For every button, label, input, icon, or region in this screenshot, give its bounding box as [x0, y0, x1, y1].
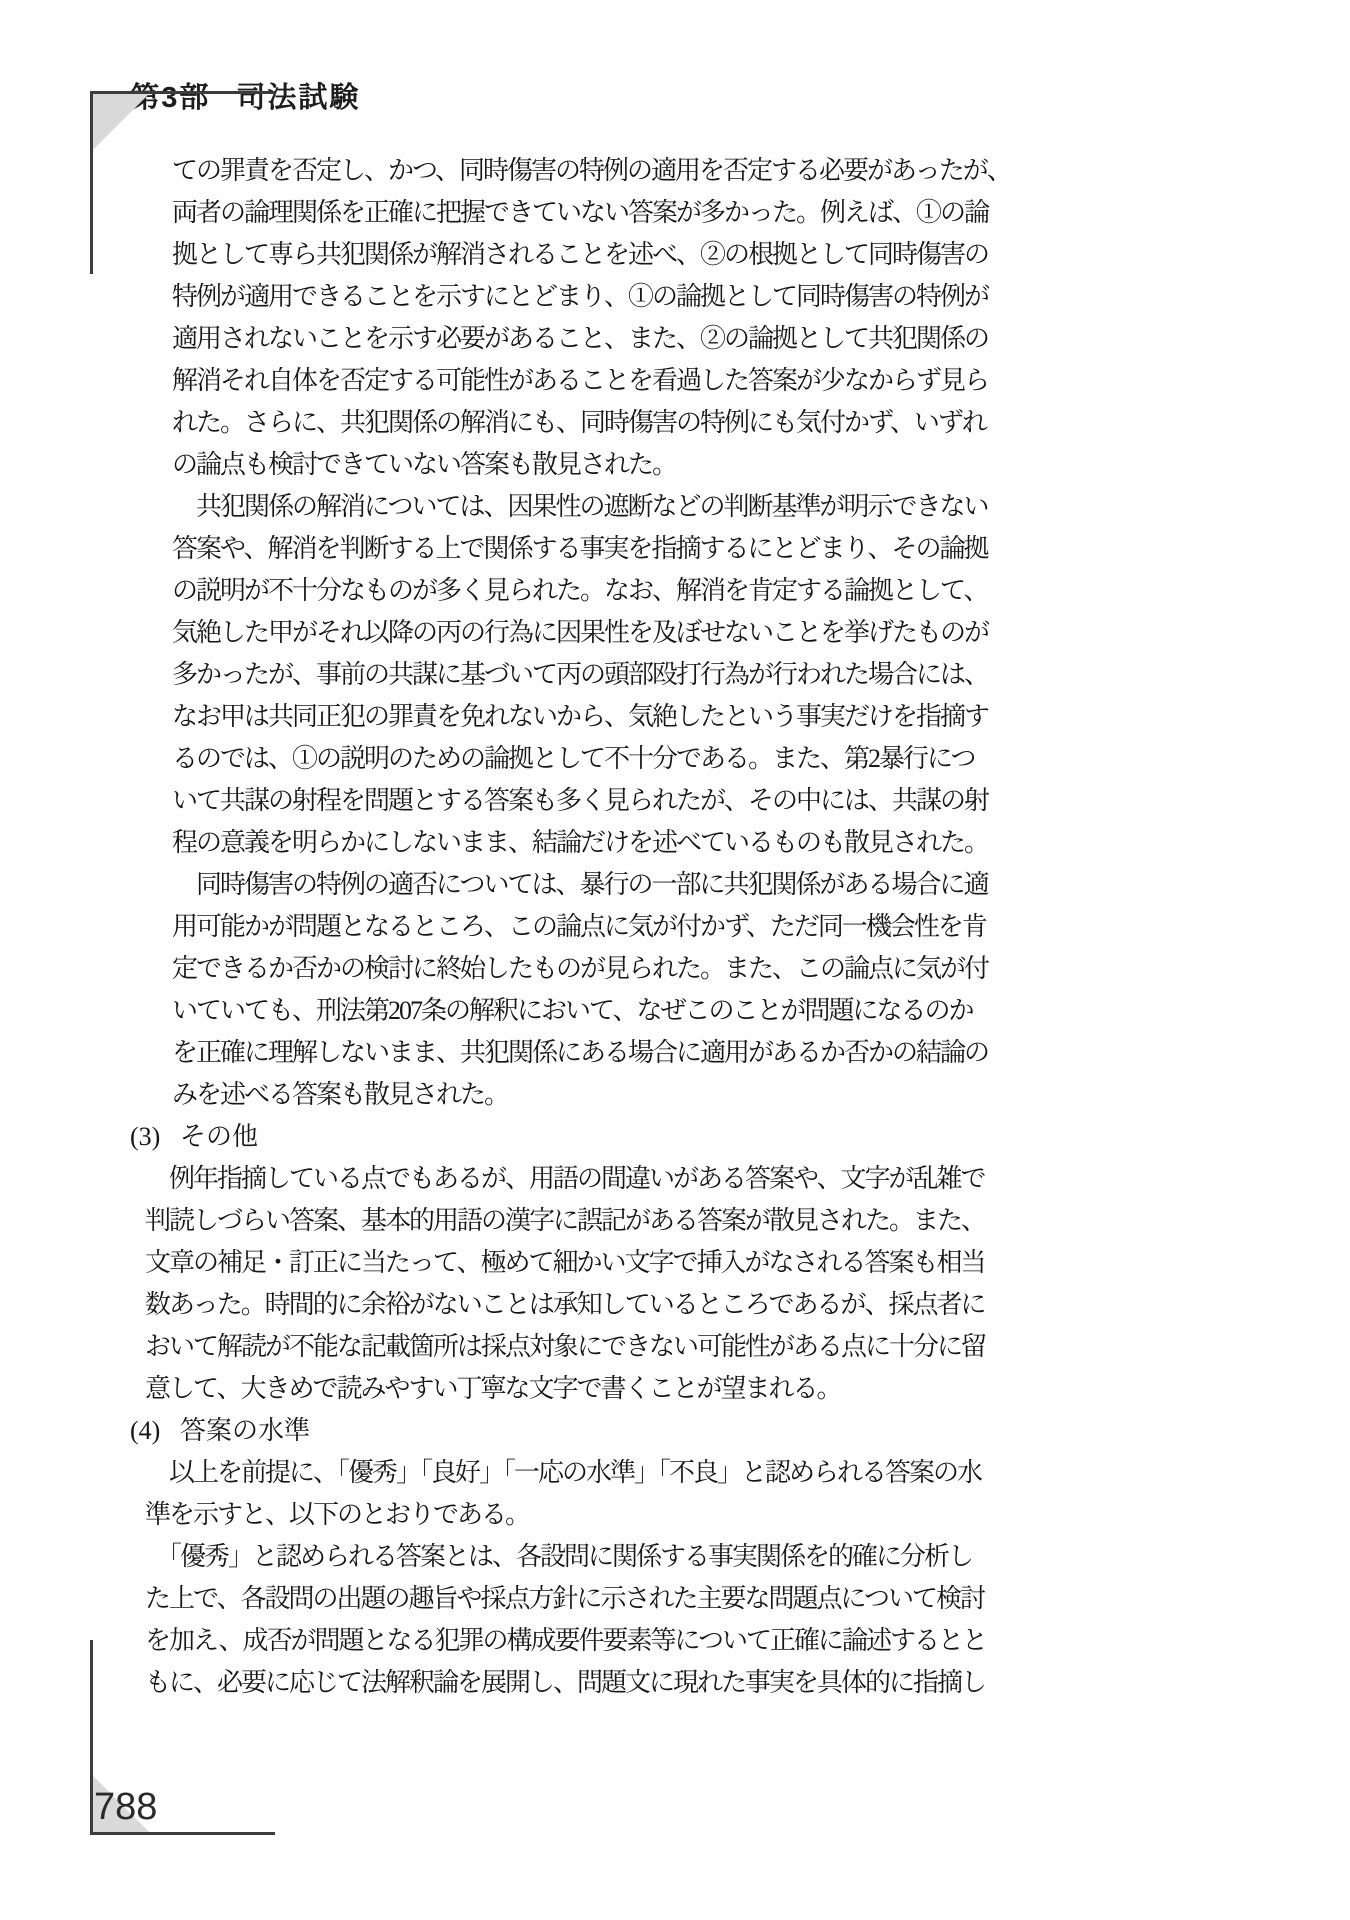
text-line: 答案や、解消を判断する上で関係する事実を指摘するにとどまり、その論拠: [90, 528, 1010, 570]
text-line: おいて解読が不能な記載箇所は採点対象にできない可能性がある点に十分に留: [90, 1326, 1010, 1368]
running-head-section: 司法試験: [236, 82, 360, 114]
text-line: 同時傷害の特例の適否については、暴行の一部に共犯関係がある場合に適: [90, 864, 1010, 906]
item-title: その他: [180, 1122, 258, 1151]
text-line: 例年指摘している点でもあるが、用語の間違いがある答案や、文字が乱雑で: [90, 1158, 1010, 1200]
text-line: 解消それ自体を否定する可能性があることを看過した答案が少なからず見ら: [90, 360, 1010, 402]
book-page: 第3部司法試験 ての罪責を否定し、かつ、同時傷害の特例の適用を否定する必要があっ…: [0, 0, 1350, 1920]
item-title: 答案の水準: [180, 1416, 310, 1445]
text-line: もに、必要に応じて法解釈論を展開し、問題文に現れた事実を具体的に指摘し: [90, 1662, 1010, 1704]
page-number: 788: [94, 1786, 157, 1829]
top-corner-triangle: [93, 94, 149, 150]
text-line: いていても、刑法第207条の解釈において、なぜこのことが問題になるのか: [90, 990, 1010, 1032]
text-line: 判読しづらい答案、基本的用語の漢字に誤記がある答案が散見された。また、: [90, 1200, 1010, 1242]
item-number: (3): [130, 1116, 180, 1158]
text-line: 用可能かが問題となるところ、この論点に気が付かず、ただ同一機会性を肯: [90, 906, 1010, 948]
text-line: 適用されないことを示す必要があること、また、②の論拠として共犯関係の: [90, 318, 1010, 360]
text-line: を正確に理解しないまま、共犯関係にある場合に適用があるか否かの結論の: [90, 1032, 1010, 1074]
text-line: 共犯関係の解消については、因果性の遮断などの判断基準が明示できない: [90, 486, 1010, 528]
text-line: みを述べる答案も散見された。: [90, 1074, 1010, 1116]
text-line: 両者の論理関係を正確に把握できていない答案が多かった。例えば、①の論: [90, 192, 1010, 234]
text-line: 以上を前提に、「優秀」「良好」「一応の水準」「不良」と認められる答案の水: [90, 1452, 1010, 1494]
text-line: の論点も検討できていない答案も散見された。: [90, 444, 1010, 486]
text-line: いて共謀の射程を問題とする答案も多く見られたが、その中には、共謀の射: [90, 780, 1010, 822]
text-line: るのでは、①の説明のための論拠として不十分である。また、第2暴行につ: [90, 738, 1010, 780]
text-line: ての罪責を否定し、かつ、同時傷害の特例の適用を否定する必要があったが、: [90, 150, 1010, 192]
text-line: なお甲は共同正犯の罪責を免れないから、気絶したという事実だけを指摘す: [90, 696, 1010, 738]
bottom-horizontal-rule: [90, 1832, 275, 1835]
text-line: 数あった。時間的に余裕がないことは承知しているところであるが、採点者に: [90, 1284, 1010, 1326]
item-number: (4): [130, 1410, 180, 1452]
text-line: 定できるか否かの検討に終始したものが見られた。また、この論点に気が付: [90, 948, 1010, 990]
text-line: れた。さらに、共犯関係の解消にも、同時傷害の特例にも気付かず、いずれ: [90, 402, 1010, 444]
text-line: 準を示すと、以下のとおりである。: [90, 1494, 1010, 1536]
text-line: 「優秀」と認められる答案とは、各設問に関係する事実関係を的確に分析し: [90, 1536, 1010, 1578]
text-line: 意して、大きめで読みやすい丁寧な文字で書くことが望まれる。: [90, 1368, 1010, 1410]
item-heading: (3)その他: [90, 1116, 1010, 1158]
text-line: の説明が不十分なものが多く見られた。なお、解消を肯定する論拠として、: [90, 570, 1010, 612]
text-line: 気絶した甲がそれ以降の丙の行為に因果性を及ぼせないことを挙げたものが: [90, 612, 1010, 654]
text-line: 文章の補足・訂正に当たって、極めて細かい文字で挿入がなされる答案も相当: [90, 1242, 1010, 1284]
text-column: ての罪責を否定し、かつ、同時傷害の特例の適用を否定する必要があったが、両者の論理…: [90, 150, 1010, 1704]
text-line: 拠として専ら共犯関係が解消されることを述べ、②の根拠として同時傷害の: [90, 234, 1010, 276]
text-line: 程の意義を明らかにしないまま、結論だけを述べているものも散見された。: [90, 822, 1010, 864]
text-line: を加え、成否が問題となる犯罪の構成要件要素等について正確に論述するとと: [90, 1620, 1010, 1662]
bottom-vertical-rule: [90, 1640, 93, 1835]
item-heading: (4)答案の水準: [90, 1410, 1010, 1452]
text-line: 多かったが、事前の共謀に基づいて丙の頭部殴打行為が行われた場合には、: [90, 654, 1010, 696]
text-line: 特例が適用できることを示すにとどまり、①の論拠として同時傷害の特例が: [90, 276, 1010, 318]
text-line: た上で、各設問の出題の趣旨や採点方針に示された主要な問題点について検討: [90, 1578, 1010, 1620]
